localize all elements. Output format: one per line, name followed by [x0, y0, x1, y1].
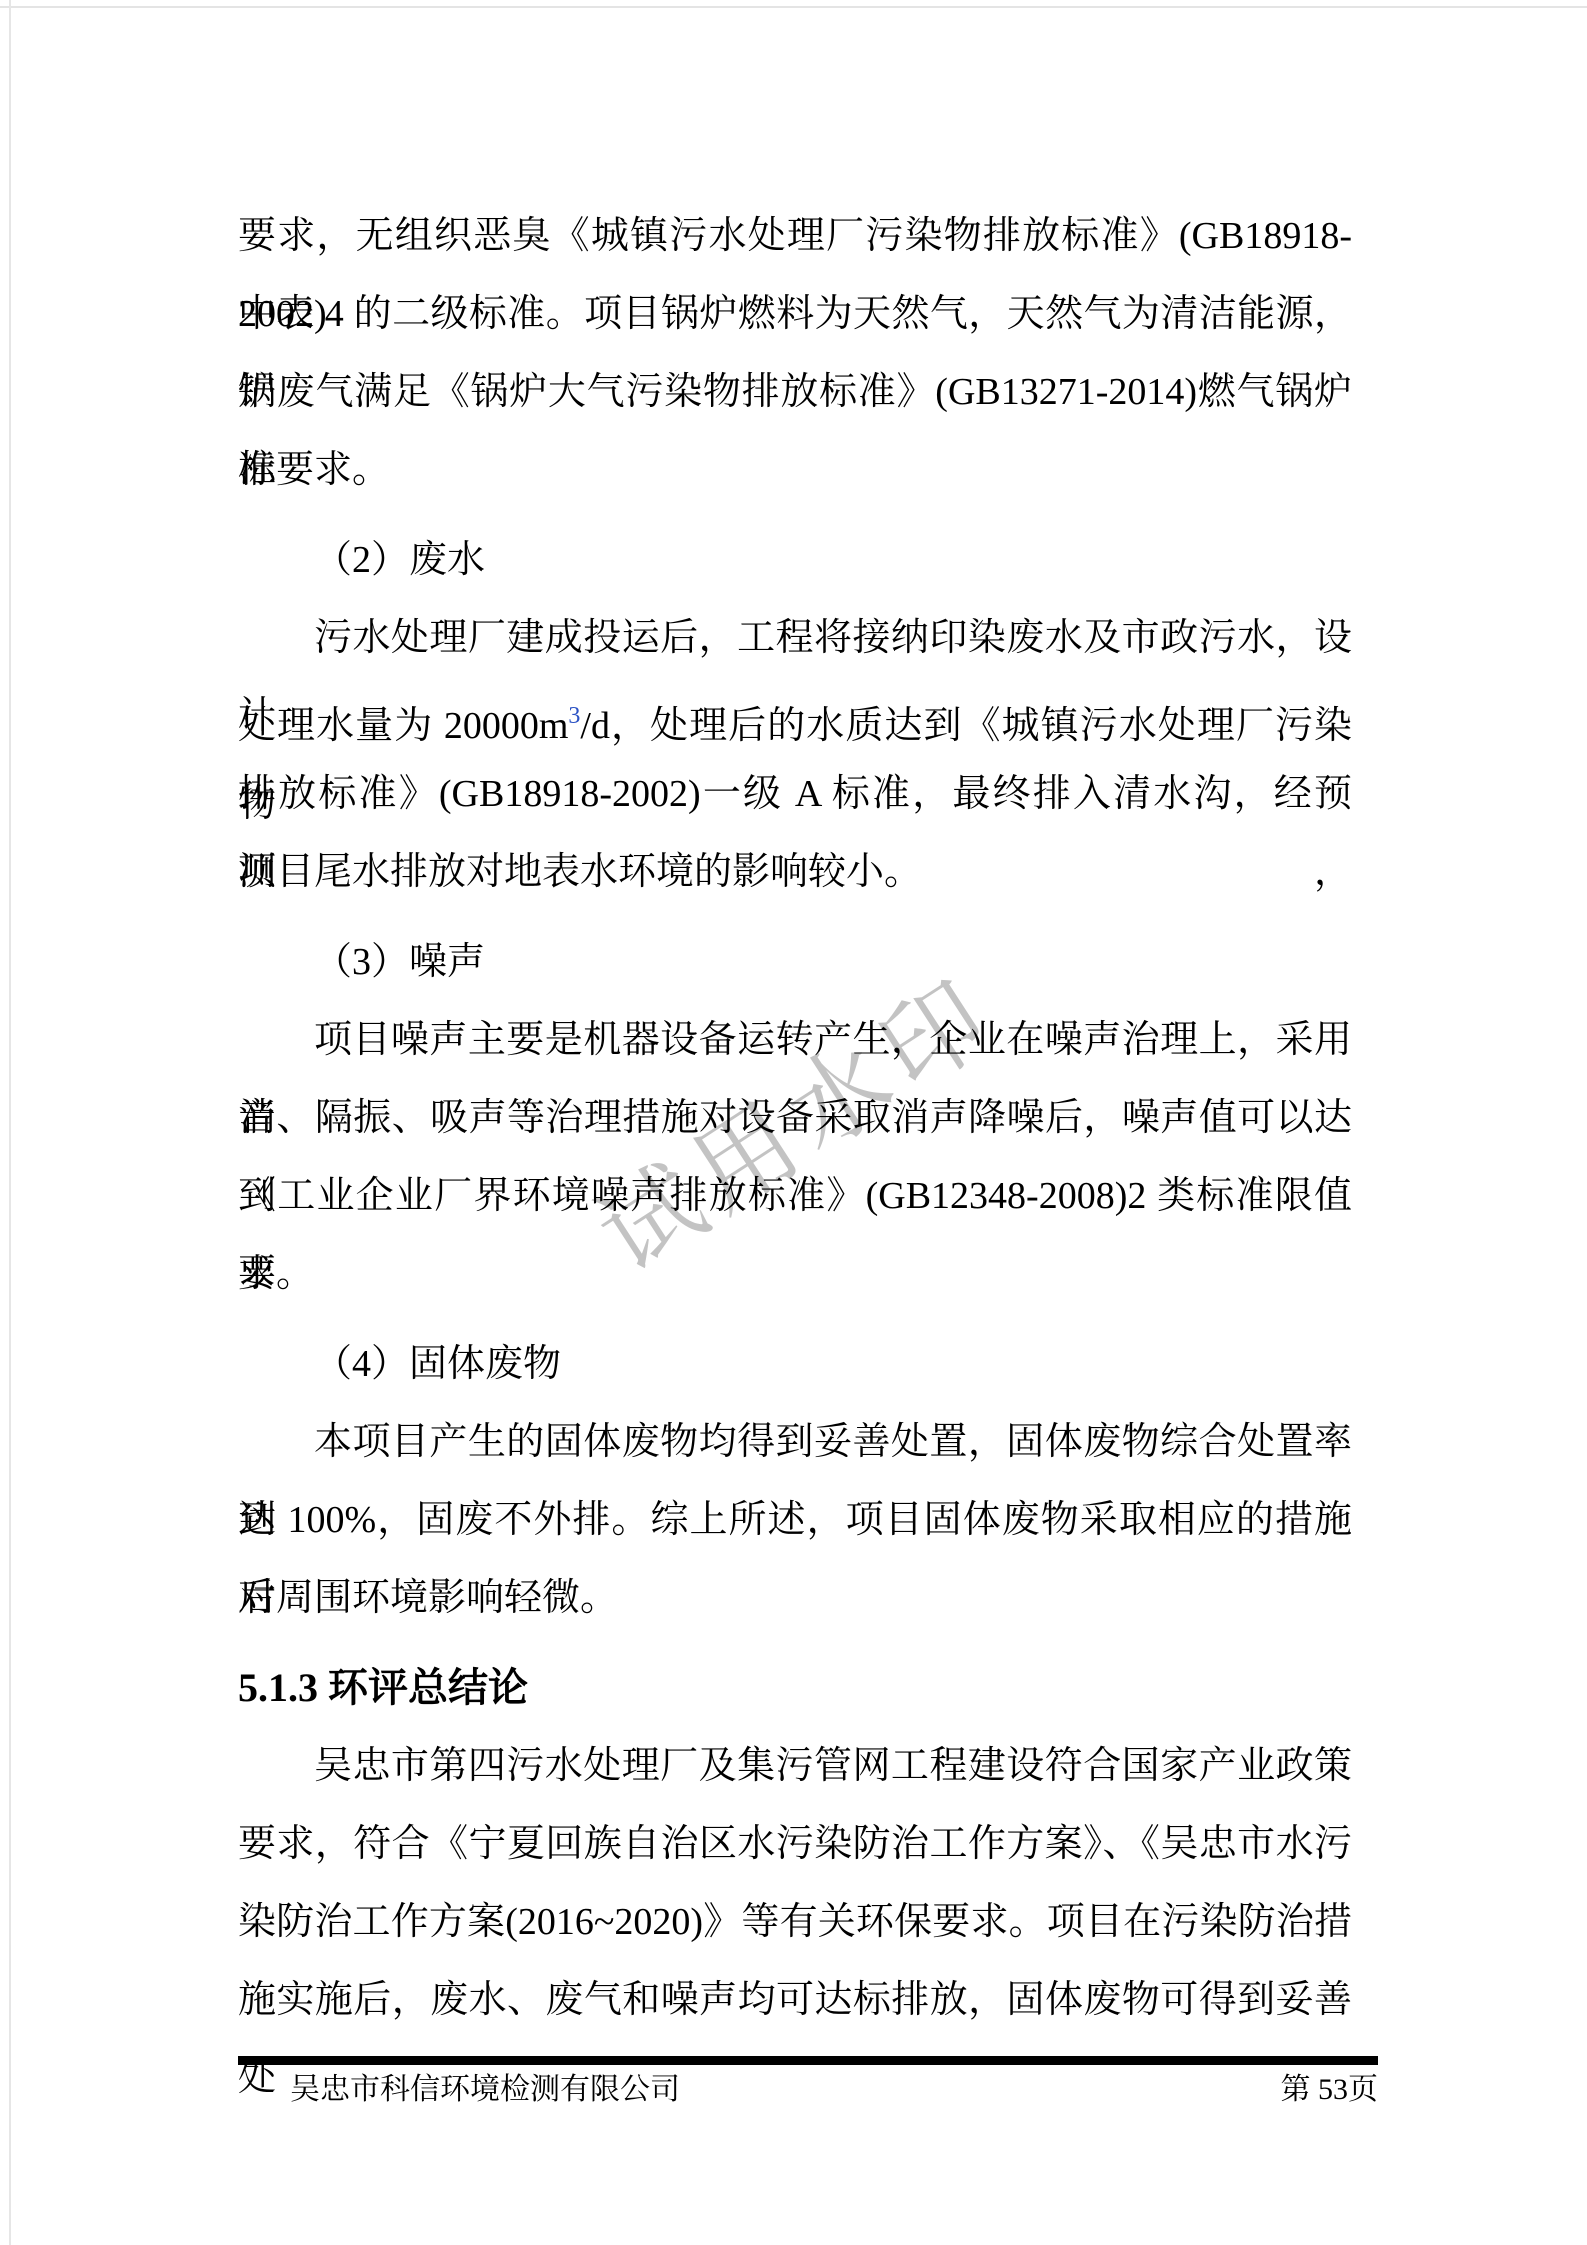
text-line: 施实施后，废水、废气和噪声均可达标排放，固体废物可得到妥善处 — [238, 1961, 1352, 2039]
text-line: 吴忠市第四污水处理厂及集污管网工程建设符合国家产业政策 — [238, 1727, 1352, 1805]
document-page: 试用水印 要求，无组织恶臭《城镇污水处理厂污染物排放标准》(GB18918-20… — [0, 0, 1587, 2245]
footer-page-number: 第 53页 — [1281, 2068, 1379, 2112]
scan-edge-top — [0, 6, 1587, 8]
text-line: 准要求。 — [238, 431, 1352, 509]
text-line: 《工业企业厂界环境噪声排放标准》(GB12348-2008)2 类标准限值要 — [238, 1157, 1352, 1235]
document-body: 要求，无组织恶臭《城镇污水处理厂污染物排放标准》(GB18918-2002)中表… — [238, 197, 1352, 2039]
text-line: 本项目产生的固体废物均得到妥善处置，固体废物综合处置率达 — [238, 1403, 1352, 1481]
text-line: 污水处理厂建成投运后，工程将接纳印染废水及市政污水，设计 — [238, 599, 1352, 677]
text-line: 要求，无组织恶臭《城镇污水处理厂污染物排放标准》(GB18918-2002) — [238, 197, 1352, 275]
page-footer: 吴忠市科信环境检测有限公司 第 53页 — [238, 2068, 1378, 2112]
text-line: （3）噪声 — [238, 923, 1352, 1001]
footer-company-name: 吴忠市科信环境检测有限公司 — [238, 2068, 680, 2112]
text-line: 到 100%，固废不外排。综上所述，项目固体废物采取相应的措施后 — [238, 1481, 1352, 1559]
text-line: 对周围环境影响轻微。 — [238, 1559, 1352, 1637]
text-line: 排放标准》(GB18918-2002)一级 A 标准，最终排入清水沟，经预测， — [238, 755, 1352, 833]
text-line: 要求，符合《宁夏回族自治区水污染防治工作方案》、《吴忠市水污 — [238, 1805, 1352, 1883]
text-line: 炉废气满足《锅炉大气污染物排放标准》(GB13271-2014)燃气锅炉标 — [238, 353, 1352, 431]
text-line: 音、隔振、吸声等治理措施对设备采取消声降噪后，噪声值可以达到 — [238, 1079, 1352, 1157]
text-line: 5.1.3 环评总结论 — [238, 1649, 1352, 1727]
scan-edge-left — [9, 0, 11, 2245]
text-line: 处理水量为 20000m3/d，处理后的水质达到《城镇污水处理厂污染物 — [238, 677, 1352, 755]
footer-rule — [238, 2056, 1378, 2065]
text-segment: 处理水量为 20000m — [238, 705, 568, 747]
text-line: （2）废水 — [238, 521, 1352, 599]
superscript-exponent: 3 — [568, 703, 580, 729]
text-line: 求。 — [238, 1235, 1352, 1313]
text-line: 中表 4 的二级标准。项目锅炉燃料为天然气，天然气为清洁能源，锅 — [238, 275, 1352, 353]
text-line: 项目噪声主要是机器设备运转产生，企业在噪声治理上，采用消 — [238, 1001, 1352, 1079]
text-line: 染防治工作方案(2016~2020)》等有关环保要求。项目在污染防治措 — [238, 1883, 1352, 1961]
text-line: （4）固体废物 — [238, 1325, 1352, 1403]
